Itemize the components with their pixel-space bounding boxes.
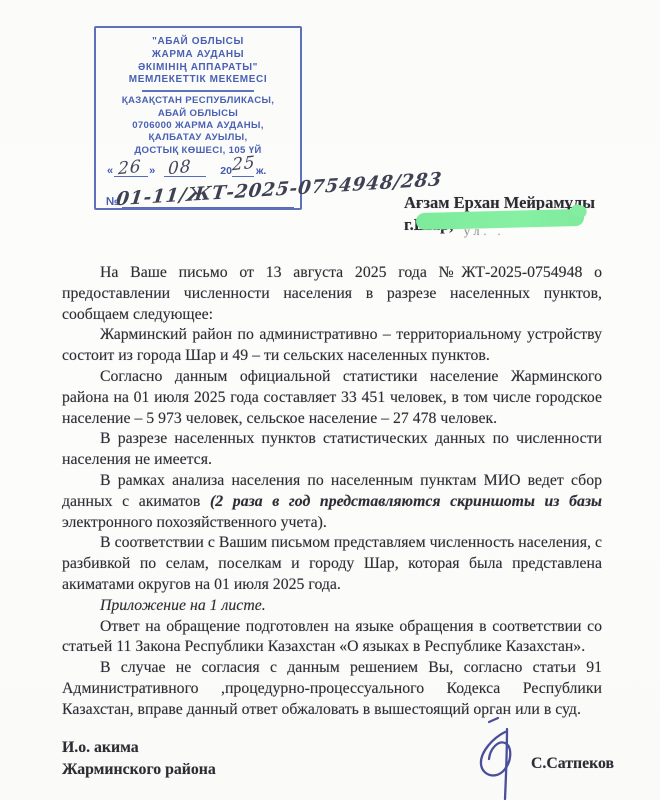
date-day-slot: 26 (114, 162, 148, 177)
signer-position: И.о. акима Жарминского района (62, 737, 216, 781)
signer-position-line1: И.о. акима (62, 737, 216, 759)
stamp-text-line: 0706000 ЖАРМА АУДАНЫ, (96, 120, 300, 132)
handwritten-year: 25 (232, 153, 256, 176)
text-run: (2 раза в год представляются скриншоты и… (210, 493, 602, 510)
text-run: В случае не согласия с данным решением В… (62, 659, 602, 718)
paragraph: Приложение на 1 листе. (62, 596, 602, 617)
stamp-text-line: МЕМЛЕКЕТТІК МЕКЕМЕСІ (96, 74, 300, 87)
stamp-text-line: ЖАРМА АУДАНЫ (96, 49, 300, 62)
text-run: Ответ на обращение подготовлен на языке … (62, 618, 602, 656)
text-run: В разрезе населенных пунктов статистичес… (62, 430, 602, 468)
paragraph: В соответствии с Вашим письмом представл… (62, 533, 602, 595)
date-open-quote: « (106, 165, 114, 177)
text-run: электронного похозяйственного учета). (62, 514, 327, 531)
handwritten-month: 08 (168, 157, 192, 180)
text-run: Приложение на 1 листе. (100, 597, 266, 614)
paragraph: В случае не согласия с данным решением В… (62, 658, 602, 720)
paragraph: В рамках анализа населения по населенным… (62, 471, 602, 533)
date-year-slot: 25 (232, 162, 254, 177)
text-run: В соответствии с Вашим письмом представл… (62, 534, 602, 593)
paragraph: В разрезе населенных пунктов статистичес… (62, 429, 602, 471)
stamp-address-lines: ҚАЗАҚСТАН РЕСПУБЛИКАСЫ,АБАЙ ОБЛЫСЫ070600… (96, 95, 300, 157)
stamp-org-lines: "АБАЙ ОБЛЫСЫЖАРМА АУДАНЫӘКІМІНІҢ АППАРАТ… (96, 36, 300, 87)
handwritten-signature (455, 716, 530, 800)
text-run: На Ваше письмо от 13 августа 2025 года №… (62, 264, 602, 323)
stamp-date-row: « 26 » 08 20 25 ж. (106, 162, 296, 177)
date-suffix: ж. (256, 165, 266, 177)
text-run: Согласно данным официальной статистики н… (62, 368, 602, 427)
stamp-text-line: ДОСТЫҚ КӨШЕСІ, 105 ҮЙ (96, 145, 300, 157)
stamp-divider (142, 90, 254, 92)
paragraph: Ответ на обращение подготовлен на языке … (62, 617, 602, 659)
stamp-text-line: ӘКІМІНІҢ АППАРАТЫ" (96, 62, 300, 75)
stamp-text-line: ҚАЗАҚСТАН РЕСПУБЛИКАСЫ, (96, 95, 300, 107)
signer-name: С.Сатпеков (531, 755, 614, 773)
paragraph: На Ваше письмо от 13 августа 2025 года №… (62, 263, 602, 325)
letter-body: На Ваше письмо от 13 августа 2025 года №… (62, 263, 602, 721)
date-month-slot: 08 (164, 162, 206, 177)
stamp-text-line: "АБАЙ ОБЛЫСЫ (96, 36, 300, 49)
date-century-printed: 20 (220, 165, 232, 177)
handwritten-day: 26 (118, 157, 142, 180)
stamp-text-line: ҚАЛБАТАУ АУЫЛЫ, (96, 132, 300, 144)
scanned-letter-page: "АБАЙ ОБЛЫСЫЖАРМА АУДАНЫӘКІМІНІҢ АППАРАТ… (0, 0, 660, 800)
date-close-quote: » (148, 165, 156, 177)
paragraph: Согласно данным официальной статистики н… (62, 367, 602, 429)
paragraph: Жарминский район по административно – те… (62, 325, 602, 367)
stamp-text-line: АБАЙ ОБЛЫСЫ (96, 108, 300, 120)
registration-stamp: "АБАЙ ОБЛЫСЫЖАРМА АУДАНЫӘКІМІНІҢ АППАРАТ… (94, 26, 302, 210)
text-run: Жарминский район по административно – те… (62, 326, 602, 364)
signer-position-line2: Жарминского района (62, 759, 216, 781)
